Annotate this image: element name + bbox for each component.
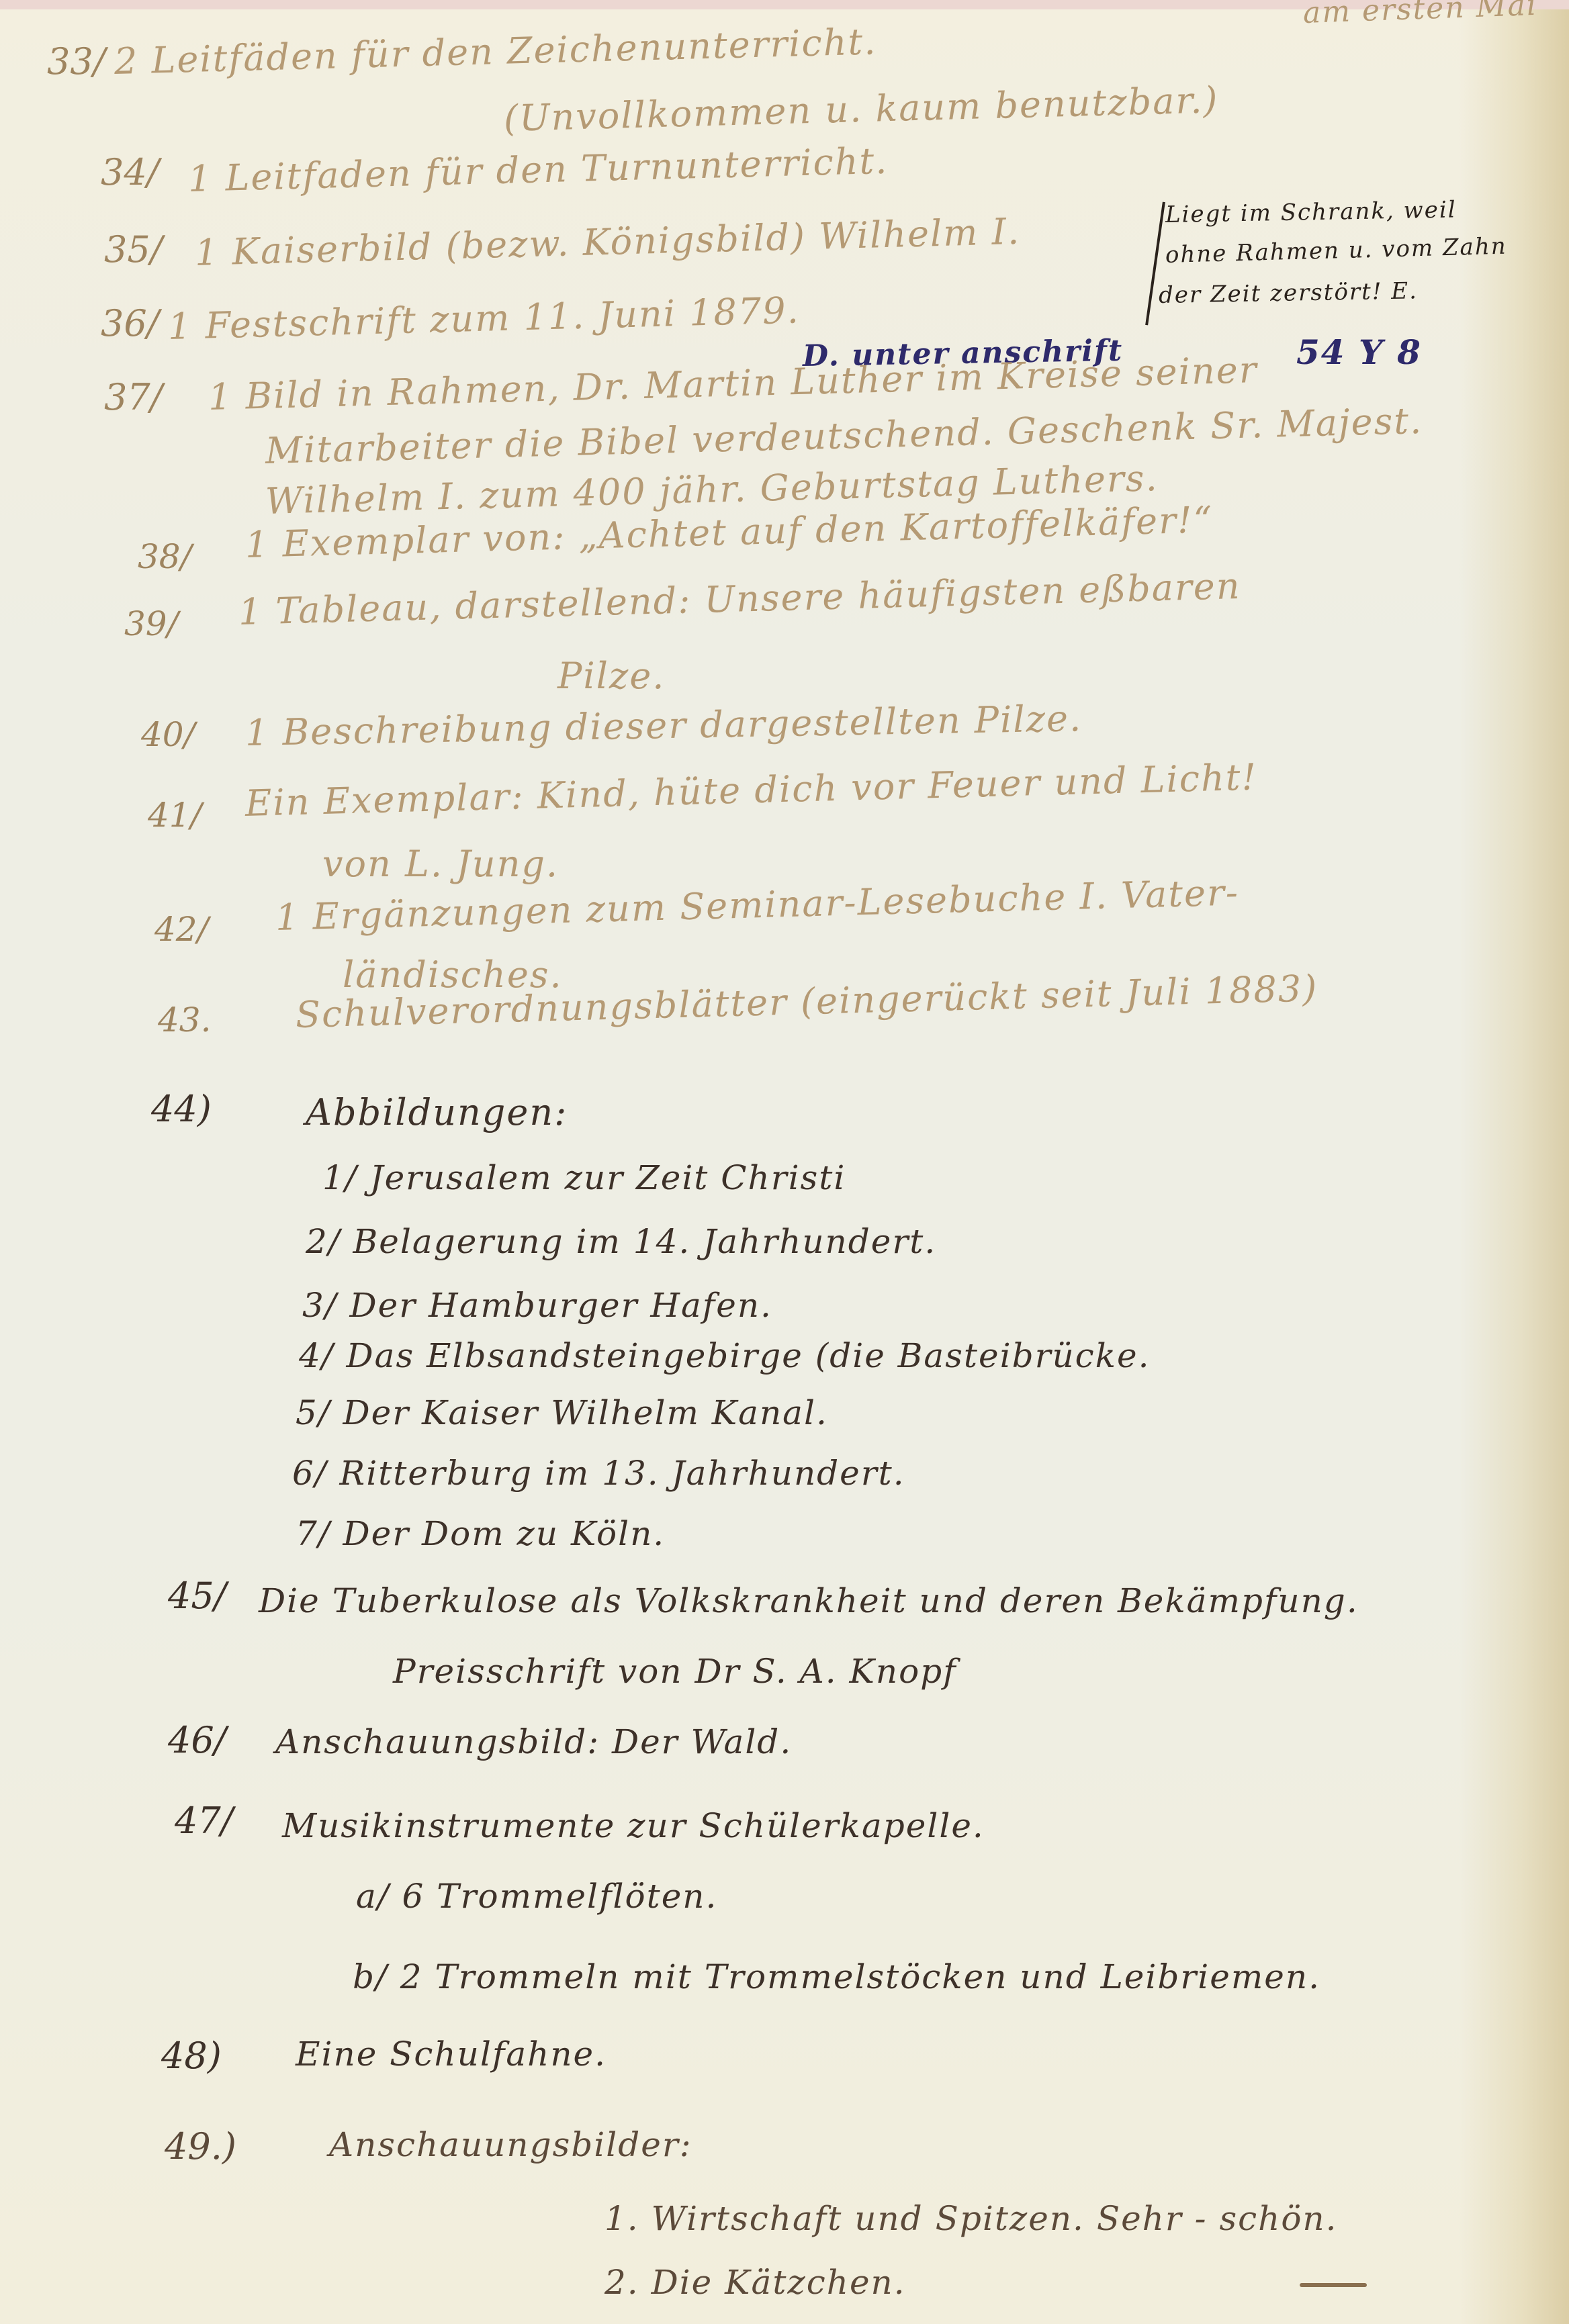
margin-note-line-1: Liegt im Schrank, weil — [1165, 196, 1457, 228]
entry-44-subitem-3: 3/ Der Hamburger Hafen. — [302, 1286, 772, 1325]
entry-number-41: 41/ — [148, 796, 201, 835]
entry-44-subitem-5: 5/ Der Kaiser Wilhelm Kanal. — [296, 1393, 828, 1432]
entry-number-37: 37/ — [104, 376, 163, 418]
entry-number-39: 39/ — [124, 604, 178, 643]
entry-44-subitem-6: 6/ Ritterburg im 13. Jahrhundert. — [292, 1454, 905, 1493]
entry-33-line-1: 2 Leitfäden für den Zeichenunterricht. — [114, 20, 877, 83]
entry-48-line-1: Eine Schulfahne. — [296, 2035, 607, 2074]
entry-number-44: 44) — [151, 1088, 212, 1130]
entry-41-line-2: von L. Jung. — [322, 843, 559, 885]
entry-number-42: 42/ — [154, 910, 208, 949]
overwrite-stamp-numbers: 54 Y 8 — [1296, 332, 1422, 372]
margin-note-line-3: der Zeit zerstört! E. — [1159, 277, 1419, 309]
entry-46-line-1: Anschauungsbild: Der Wald. — [275, 1722, 792, 1761]
entry-39-line-1: 1 Tableau, darstellend: Unsere häufigste… — [238, 565, 1241, 633]
entry-35-line-1: 1 Kaiserbild (bezw. Königsbild) Wilhelm … — [194, 210, 1021, 274]
entry-47-subitem-a: a/ 6 Trommelflöten. — [356, 1877, 717, 1916]
entry-number-46: 46/ — [168, 1719, 226, 1761]
entry-number-47: 47/ — [175, 1800, 233, 1842]
entry-number-33: 33/ — [47, 40, 105, 83]
entry-number-36: 36/ — [101, 302, 159, 344]
entry-number-34: 34/ — [101, 151, 159, 193]
margin-note-line-2: ohne Rahmen u. vom Zahn — [1165, 233, 1507, 269]
entry-49-subitem-2: 2. Die Kätzchen. — [604, 2263, 906, 2302]
entry-44-subitem-1: 1/ Jerusalem zur Zeit Christi — [322, 1158, 846, 1197]
entry-33-line-2: (Unvollkommen u. kaum benutzbar.) — [503, 79, 1219, 140]
entry-44-heading: Abbildungen: — [306, 1091, 568, 1133]
entry-number-43: 43. — [158, 1001, 212, 1039]
entry-45-line-1: Die Tuberkulose als Volkskrankheit und d… — [259, 1581, 1359, 1620]
entry-40-line-1: 1 Beschreibung dieser dargestellten Pilz… — [244, 697, 1082, 754]
entry-34-line-1: 1 Leitfaden für den Turnunterricht. — [187, 140, 889, 200]
entry-number-49: 49.) — [165, 2125, 236, 2168]
entry-44-subitem-2: 2/ Belagerung im 14. Jahrhundert. — [306, 1222, 936, 1261]
entry-number-35: 35/ — [104, 228, 163, 271]
entry-47-subitem-b: b/ 2 Trommeln mit Trommelstöcken und Lei… — [353, 1957, 1320, 1996]
entry-45-line-2: Preisschrift von Dr S. A. Knopf — [393, 1652, 957, 1691]
entry-number-45: 45/ — [168, 1575, 226, 1617]
entry-number-38: 38/ — [138, 537, 191, 576]
entry-47-line-1: Musikinstrumente zur Schülerkapelle. — [282, 1806, 985, 1845]
entry-number-48: 48) — [161, 2035, 222, 2077]
entry-44-subitem-4: 4/ Das Elbsandsteingebirge (die Basteibr… — [299, 1336, 1150, 1375]
entry-36-line-1: 1 Festschrift zum 11. Juni 1879. — [167, 289, 800, 348]
entry-49-heading: Anschauungsbilder: — [329, 2125, 692, 2164]
entry-41-line-1: Ein Exemplar: Kind, hüte dich vor Feuer … — [244, 756, 1258, 825]
ledger-page: am ersten Mai 33/ 2 Leitfäden für den Ze… — [0, 0, 1569, 2324]
entry-39-line-2: Pilze. — [557, 655, 665, 697]
entry-44-subitem-7: 7/ Der Dom zu Köln. — [296, 1514, 665, 1553]
entry-number-40: 40/ — [141, 715, 195, 754]
closing-dash — [1300, 2283, 1367, 2287]
header-fragment: am ersten Mai — [1302, 0, 1538, 30]
entry-49-subitem-1: 1. Wirtschaft und Spitzen. Sehr - schön. — [604, 2199, 1338, 2238]
